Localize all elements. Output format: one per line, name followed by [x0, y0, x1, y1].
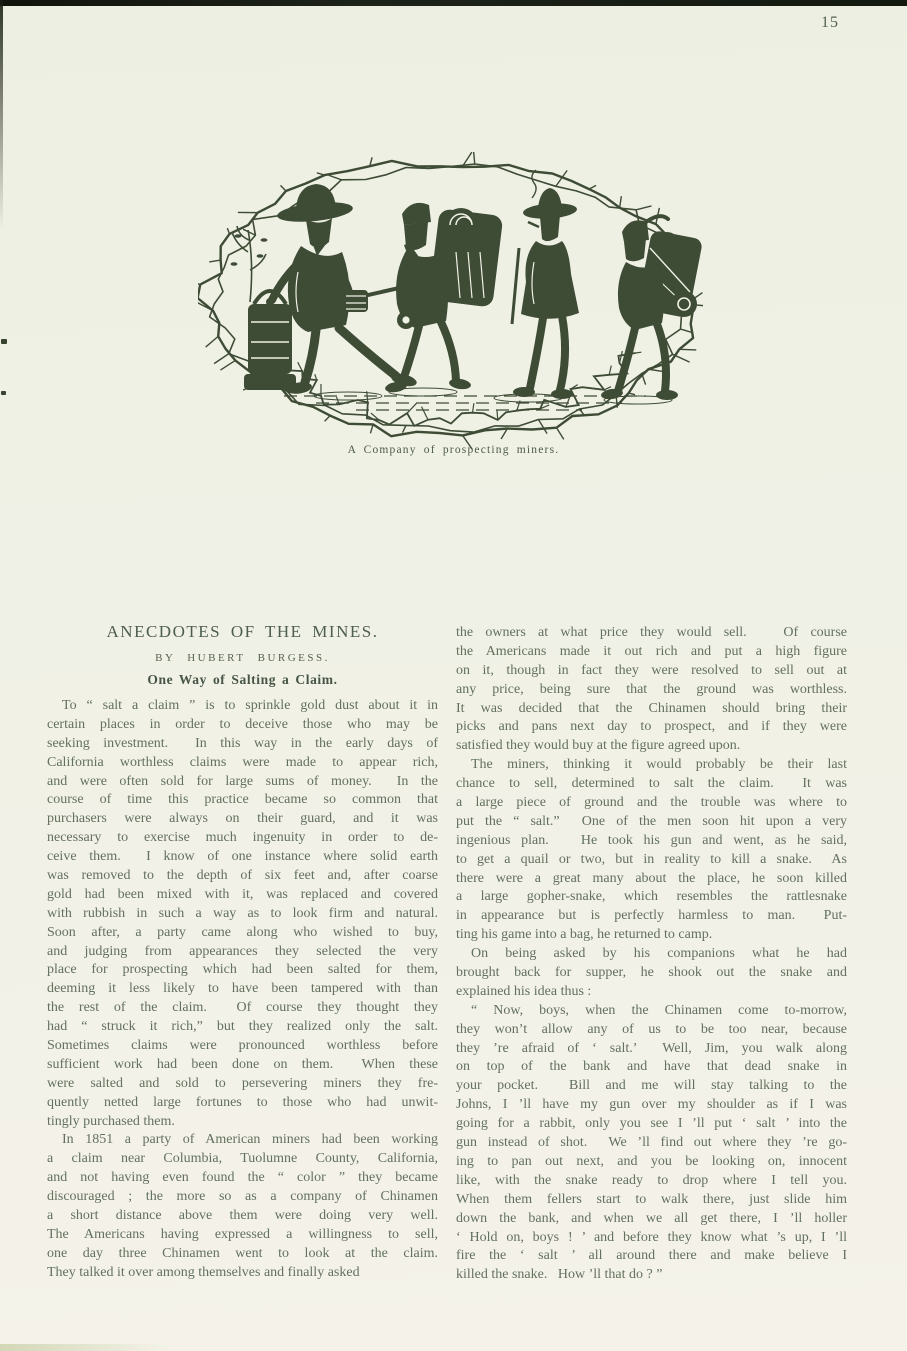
- text-line: necessary to exercise much ingenuity in …: [47, 829, 438, 848]
- text-line: When them fellers start to walk there, j…: [456, 1191, 847, 1210]
- text-line: ing to pan out next, and you be looking …: [456, 1153, 847, 1172]
- text-line: going for a rabbit, only you see I ’ll p…: [456, 1115, 847, 1134]
- text-line: Sometimes claims were pronounced worthle…: [47, 1037, 438, 1056]
- text-line: discouraged ; the more so as a company o…: [47, 1188, 438, 1207]
- text-line: ting his game into a bag, he returned to…: [456, 926, 847, 945]
- text-line: a large piece of ground and the trouble …: [456, 794, 847, 813]
- text-line: a short distance above them were doing v…: [47, 1207, 438, 1226]
- text-line: “ Now, boys, when the Chinamen come to-m…: [456, 1002, 847, 1021]
- page-number: 15: [821, 14, 839, 32]
- text-line: the rest of the claim. Of course they th…: [47, 999, 438, 1018]
- text-line: a large gopher-snake, which resembles th…: [456, 888, 847, 907]
- text-line: They talked it over among themselves and…: [47, 1264, 438, 1283]
- text-line: Soon after, a party came along who wishe…: [47, 924, 438, 943]
- text-line: the owners at what price they would sell…: [456, 624, 847, 643]
- scan-speck: [1, 339, 7, 344]
- section-heading: One Way of Salting a Claim.: [47, 672, 438, 688]
- text-line: and judging from appearances they select…: [47, 943, 438, 962]
- text-line: sufficient work had been done on them. W…: [47, 1056, 438, 1075]
- text-line: any price, being sure that the ground wa…: [456, 681, 847, 700]
- text-line: had “ struck it rich,” but they realized…: [47, 1018, 438, 1037]
- text-line: in appearance but is perfectly harmless …: [456, 907, 847, 926]
- text-line: On being asked by his companions what he…: [456, 945, 847, 964]
- scan-smudge: [0, 1344, 170, 1351]
- text-line: gold had been mixed with it, was replace…: [47, 886, 438, 905]
- text-line: place for prospecting which had been sal…: [47, 961, 438, 980]
- text-line: they won’t allow any of us to be too nea…: [456, 1021, 847, 1040]
- text-line: seeking investment. In this way in the e…: [47, 735, 438, 754]
- text-line: purchasers were always on their guard, a…: [47, 810, 438, 829]
- text-line: California worthless claims were made to…: [47, 754, 438, 773]
- text-line: a claim near Columbia, Tuolumne County, …: [47, 1150, 438, 1169]
- text-line: explained his idea thus :: [456, 983, 847, 1002]
- text-line: to get a quail or two, but in reality to…: [456, 851, 847, 870]
- text-line: course of time this practice became so c…: [47, 791, 438, 810]
- scan-edge-top: [0, 0, 907, 6]
- text-line: and not having even found the “ color ” …: [47, 1169, 438, 1188]
- text-line: brought back for supper, he shook out th…: [456, 964, 847, 983]
- text-line: gun instead of shot. We ’ll find out whe…: [456, 1134, 847, 1153]
- text-line: quently netted large fortunes to those w…: [47, 1094, 438, 1113]
- text-line: and were often sold for large sums of mo…: [47, 773, 438, 792]
- text-line: put the “ salt.” One of the men soon hit…: [456, 813, 847, 832]
- article-title: ANECDOTES OF THE MINES.: [47, 622, 438, 642]
- text-line: In 1851 a party of American miners had b…: [47, 1131, 438, 1150]
- text-line: were salted and sold to persevering mine…: [47, 1075, 438, 1094]
- text-line: tingly purchased them.: [47, 1113, 438, 1132]
- engraving-svg: [198, 152, 703, 452]
- text-line: with rubbish in such a way as to look fi…: [47, 905, 438, 924]
- text-line: on it, though in fact they were resolved…: [456, 662, 847, 681]
- text-line: the Americans made it out rich and put a…: [456, 643, 847, 662]
- scan-speck: [1, 391, 6, 395]
- text-line: chance to sell, determined to salt the c…: [456, 775, 847, 794]
- text-line: ceive them. I know of one instance where…: [47, 848, 438, 867]
- text-line: ‘ Hold on, boys ! ’ and before they know…: [456, 1229, 847, 1248]
- left-column-body: To “ salt a claim ” is to sprinkle gold …: [47, 697, 438, 1283]
- text-line: certain places in order to deceive those…: [47, 716, 438, 735]
- text-line: deeming it less likely to have been tamp…: [47, 980, 438, 999]
- text-line: down the bank, and when we all get there…: [456, 1210, 847, 1229]
- text-line: on top of the bank and have that dead sn…: [456, 1058, 847, 1077]
- text-line: your pocket. Bill and me will stay talki…: [456, 1077, 847, 1096]
- text-line: The Americans having expressed a willing…: [47, 1226, 438, 1245]
- text-line: they ’re afraid of ‘ salt.’ Well, Jim, y…: [456, 1040, 847, 1059]
- text-line: satisfied they would buy at the figure a…: [456, 737, 847, 756]
- left-column: ANECDOTES OF THE MINES. BY HUBERT BURGES…: [47, 622, 438, 1283]
- illustration-caption: A Company of prospecting miners.: [0, 444, 907, 456]
- text-line: fire the ‘ salt ’ all around there and m…: [456, 1247, 847, 1266]
- text-line: was removed to the depth of six feet and…: [47, 867, 438, 886]
- text-line: Johns, I ’ll have my gun over my shoulde…: [456, 1096, 847, 1115]
- book-page: 15 A Company of prospecting miners. ANEC…: [0, 0, 907, 1351]
- text-line: there were a great many about the place,…: [456, 870, 847, 889]
- text-line: It was decided that the Chinamen should …: [456, 700, 847, 719]
- scan-edge-left: [0, 0, 3, 230]
- text-line: killed the snake. How ’ll that do ? ”: [456, 1266, 847, 1285]
- text-line: like, with the snake ready to drop where…: [456, 1172, 847, 1191]
- text-line: ingenious plan. He took his gun and went…: [456, 832, 847, 851]
- text-line: picks and pans next day to prospect, and…: [456, 718, 847, 737]
- text-line: The miners, thinking it would probably b…: [456, 756, 847, 775]
- miners-engraving-illustration: [198, 152, 703, 452]
- right-column: the owners at what price they would sell…: [456, 624, 847, 1285]
- text-line: one day three Chinamen went to look at t…: [47, 1245, 438, 1264]
- text-line: To “ salt a claim ” is to sprinkle gold …: [47, 697, 438, 716]
- article-byline: BY HUBERT BURGESS.: [47, 652, 438, 664]
